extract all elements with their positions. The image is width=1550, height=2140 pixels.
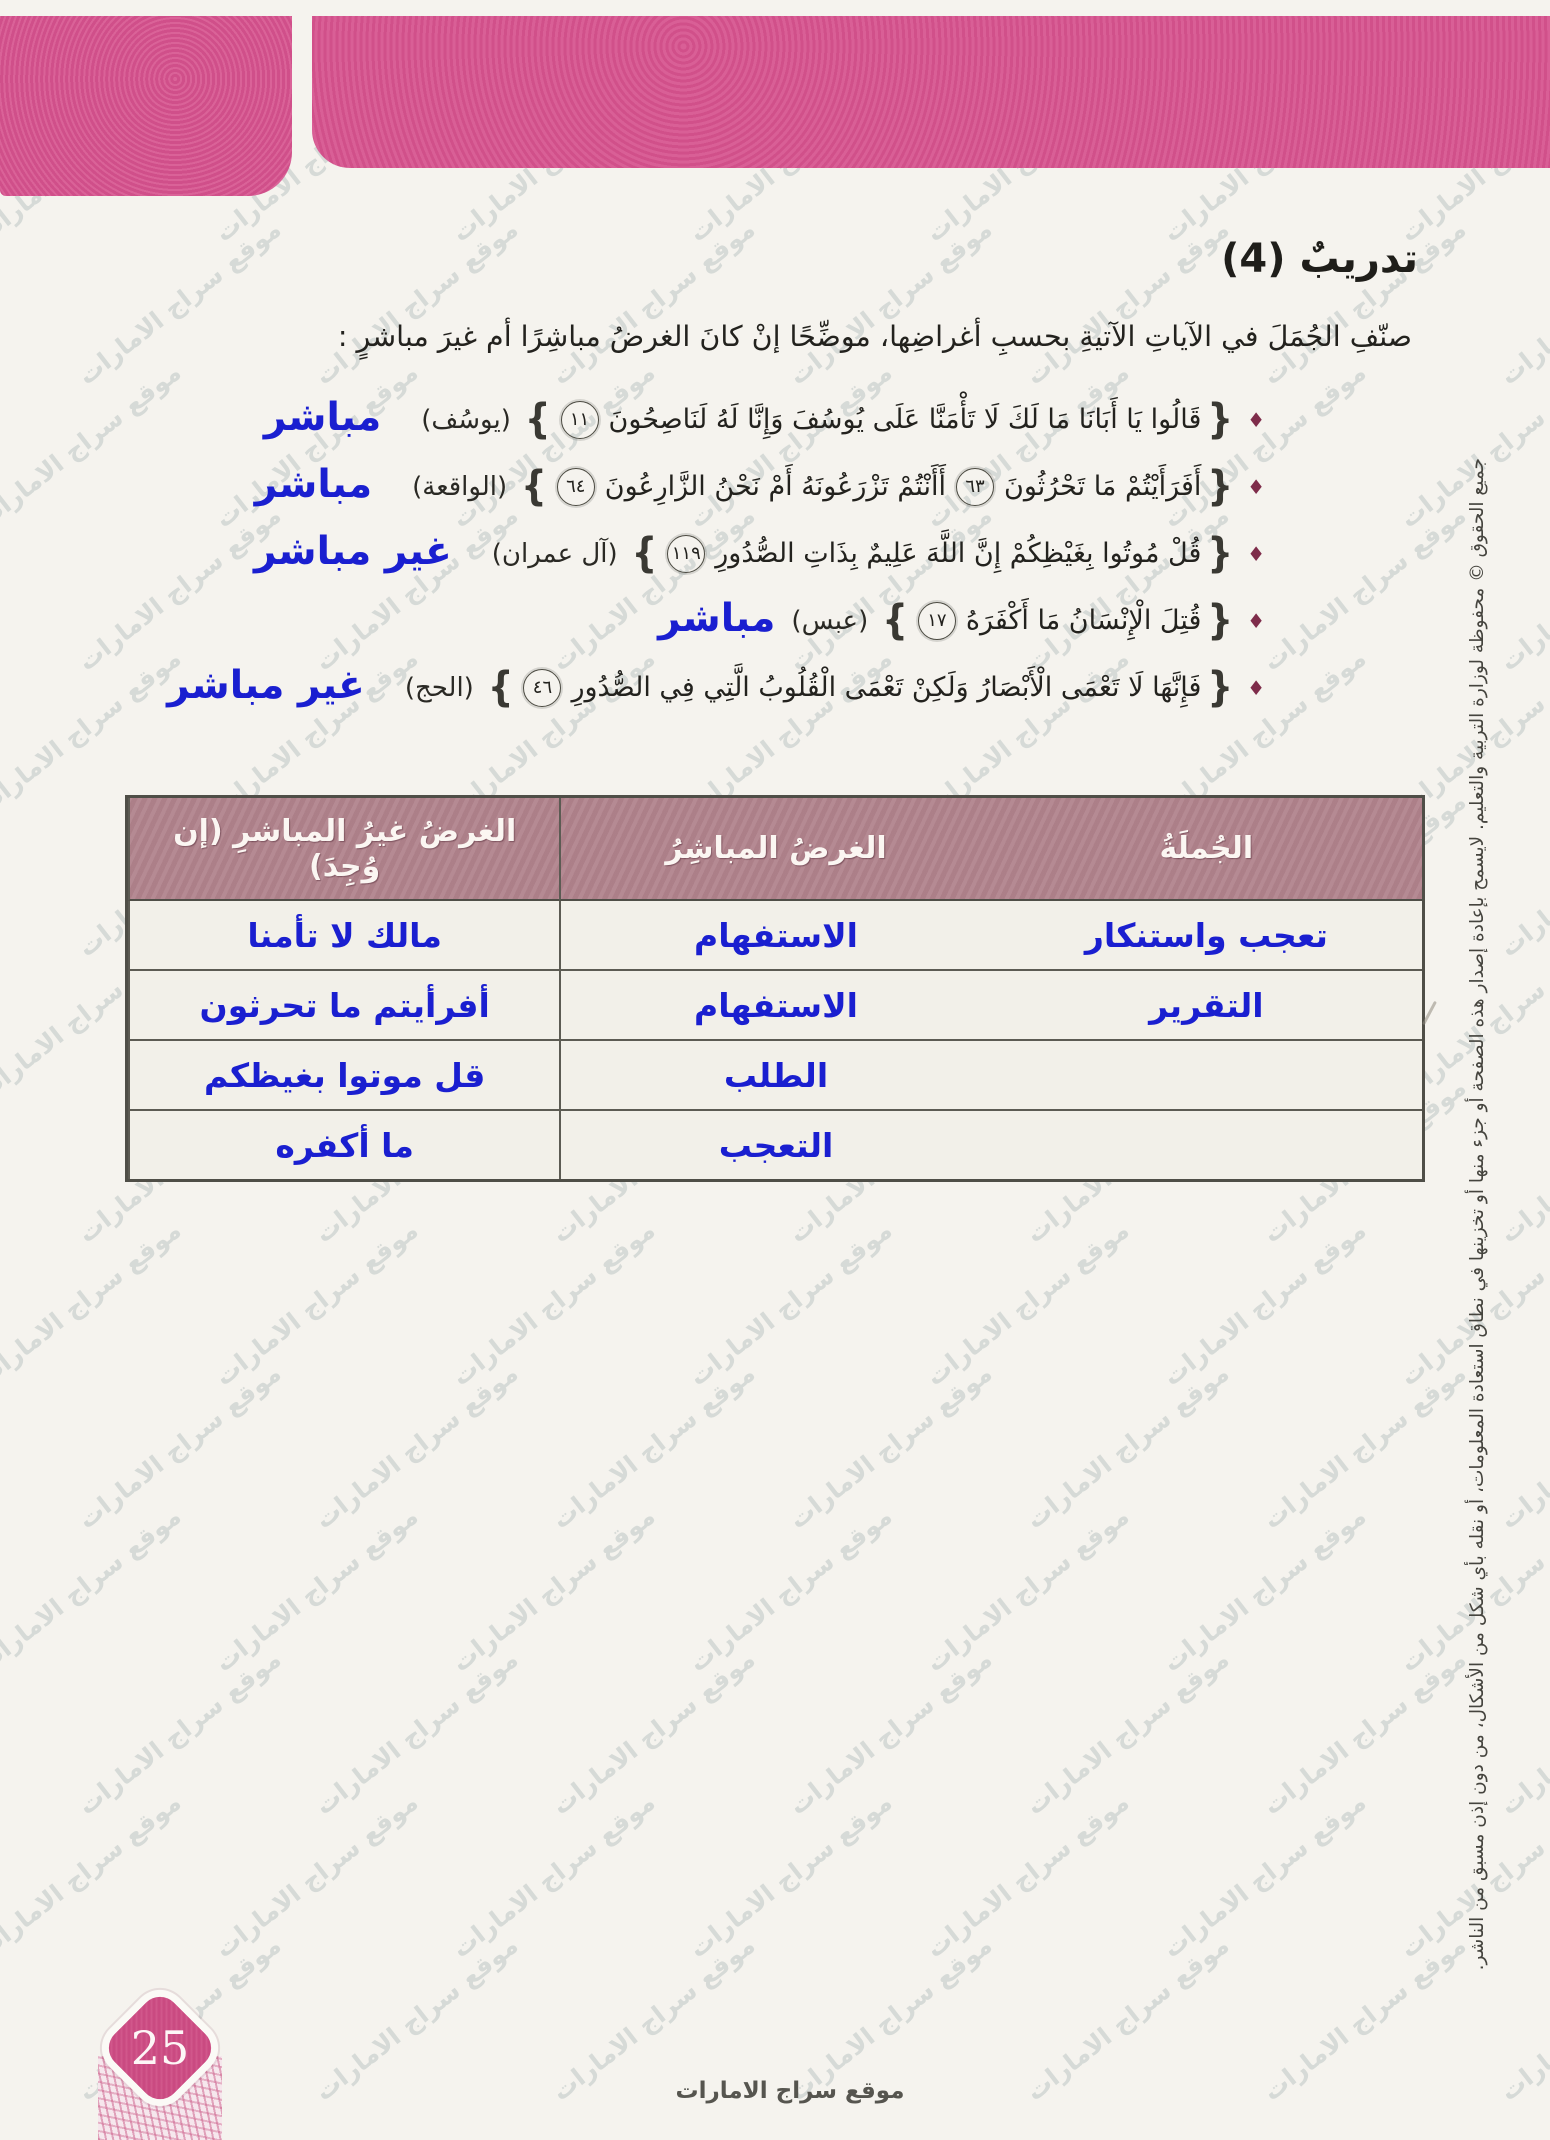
header-corner-tab <box>0 16 292 196</box>
aya-number-medallion: ١١ <box>561 401 599 439</box>
aya-number-medallion: ١١٩ <box>667 535 705 573</box>
column-header-direct-purpose: الغرضُ المباشِرُ <box>559 798 990 901</box>
watermark-text: موقع سراج الامارات <box>1020 1358 1234 1534</box>
watermark-text: موقع سراج الامارات <box>1494 1358 1550 1534</box>
page-number-badge: 25 <box>101 1989 220 2108</box>
watermark-text: موقع سراج الامارات <box>0 1787 186 1963</box>
cell-sentence: تعجب واستنكار <box>991 901 1422 969</box>
aya-number-medallion: ١٧ <box>918 602 956 640</box>
aya-number-medallion: ٦٤ <box>557 468 595 506</box>
ornate-close-bracket: } <box>882 597 908 644</box>
table-row: التقرير الاستفهام أفرأيتم ما تحرثون <box>128 969 1422 1039</box>
watermark-text: موقع سراج الامارات <box>1257 1644 1471 1820</box>
surah-name: (آل عمران) <box>492 539 618 569</box>
verses-list: ♦ { قَالُوا يَا أَبَانَا مَا لَكَ لَا تَ… <box>120 386 1265 721</box>
diamond-bullet-icon: ♦ <box>1247 611 1265 631</box>
surah-name: (الواقعة) <box>412 472 507 502</box>
page-number: 25 <box>118 2006 202 2090</box>
verse-item: ♦ { فَإِنَّهَا لَا تَعْمَى الْأَبْصَارُ … <box>120 654 1265 721</box>
exercise-instruction: صنّفِ الجُمَلَ في الآياتِ الآتيةِ بحسبِ … <box>112 312 1412 362</box>
ornate-open-bracket: { <box>1207 597 1233 644</box>
table-row: تعجب واستنكار الاستفهام مالك لا تأمنا <box>128 901 1422 969</box>
cell-sentence <box>991 1111 1422 1179</box>
table-row: التعجب ما أكفره <box>128 1109 1422 1179</box>
quran-verse: { قُلْ مُوتُوا بِغَيْظِكُمْ إِنَّ اللَّه… <box>632 533 1233 574</box>
ornate-close-bracket: } <box>525 396 551 443</box>
copyright-notice: جميع الحقوق © محفوظة لوزارة التربية والت… <box>1467 458 1495 1798</box>
watermark-text: موقع سراج الامارات <box>683 1501 897 1677</box>
handwritten-answer: مباشر <box>264 395 381 440</box>
handwritten-answer: مباشر <box>658 596 775 641</box>
verse-text: قَالُوا يَا أَبَانَا مَا لَكَ لَا تَأْمَ… <box>609 404 1202 435</box>
watermark-text: موقع سراج الامارات <box>1020 214 1234 390</box>
watermark-text: موقع سراج الامارات <box>546 1358 760 1534</box>
column-header-sentence: الجُملَةُ <box>991 798 1422 901</box>
watermark-text: موقع سراج الامارات <box>1494 1644 1550 1820</box>
cell-direct-purpose: الطلب <box>559 1041 990 1109</box>
verse-text: أَفَرَأَيْتُمْ مَا تَحْرُثُونَ <box>1004 471 1201 502</box>
diamond-bullet-icon: ♦ <box>1247 410 1265 430</box>
diamond-bullet-icon: ♦ <box>1247 544 1265 564</box>
watermark-text: موقع سراج الامارات <box>920 1501 1134 1677</box>
watermark-text: موقع سراج الامارات <box>1494 500 1550 676</box>
watermark-text: موقع سراج الامارات <box>920 1787 1134 1963</box>
watermark-text: موقع سراج الامارات <box>920 1215 1134 1391</box>
ornate-open-bracket: { <box>1207 664 1233 711</box>
surah-name: (الحج) <box>405 673 474 703</box>
ornate-open-bracket: { <box>1207 463 1233 510</box>
watermark-text: موقع سراج الامارات <box>1020 1644 1234 1820</box>
watermark-text: موقع سراج الامارات <box>1157 1501 1371 1677</box>
watermark-text: موقع سراج الامارات <box>1157 1215 1371 1391</box>
watermark-text: موقع سراج الامارات <box>546 214 760 390</box>
diamond-bullet-icon: ♦ <box>1247 477 1265 497</box>
cell-sentence: التقرير <box>991 971 1422 1039</box>
watermark-text: موقع سراج الامارات <box>446 1501 660 1677</box>
verse-text: أَأَنْتُمْ تَزْرَعُونَهُ أَمْ نَحْنُ الز… <box>605 471 946 502</box>
cell-indirect-purpose: أفرأيتم ما تحرثون <box>128 971 559 1039</box>
cell-indirect-purpose: ما أكفره <box>128 1111 559 1179</box>
cell-sentence <box>991 1041 1422 1109</box>
watermark-text: موقع سراج الامارات <box>1257 1358 1471 1534</box>
watermark-text: موقع سراج الامارات <box>1020 1930 1234 2106</box>
watermark-text: موقع سراج الامارات <box>446 1215 660 1391</box>
watermark-text: موقع سراج الامارات <box>1157 1787 1371 1963</box>
classification-table: الجُملَةُ الغرضُ المباشِرُ الغرضُ غيرُ ا… <box>125 795 1425 1182</box>
verse-text: قُلْ مُوتُوا بِغَيْظِكُمْ إِنَّ اللَّهَ … <box>715 538 1201 569</box>
watermark-text: موقع سراج الامارات <box>683 1787 897 1963</box>
handwritten-answer: مباشر <box>255 462 372 507</box>
table-row: الطلب قل موتوا بغيظكم <box>128 1039 1422 1109</box>
surah-name: (يوسُف) <box>421 405 511 435</box>
textbook-page: موقع سراج الاماراتموقع سراج الاماراتموقع… <box>0 0 1550 2140</box>
watermark-text: موقع سراج الامارات <box>209 1787 423 1963</box>
cell-indirect-purpose: مالك لا تأمنا <box>128 901 559 969</box>
cell-direct-purpose: الاستفهام <box>559 901 990 969</box>
watermark-text: موقع سراج الامارات <box>209 1215 423 1391</box>
watermark-text: موقع سراج الامارات <box>309 214 523 390</box>
watermark-text: موقع سراج الامارات <box>783 1644 997 1820</box>
watermark-text: موقع سراج الامارات <box>1257 500 1471 676</box>
watermark-text: موقع سراج الامارات <box>1494 786 1550 962</box>
verse-text: فَإِنَّهَا لَا تَعْمَى الْأَبْصَارُ وَلَ… <box>571 672 1201 703</box>
aya-number-medallion: ٦٣ <box>956 468 994 506</box>
verse-text: قُتِلَ الْإِنْسَانُ مَا أَكْفَرَهُ <box>966 605 1202 636</box>
ornate-close-bracket: } <box>521 463 547 510</box>
quran-verse: { قُتِلَ الْإِنْسَانُ مَا أَكْفَرَهُ ١٧ … <box>882 600 1233 641</box>
exercise-title: تدريبٌ (4) <box>1221 236 1418 282</box>
cell-indirect-purpose: قل موتوا بغيظكم <box>128 1041 559 1109</box>
quran-verse: { فَإِنَّهَا لَا تَعْمَى الْأَبْصَارُ وَ… <box>488 667 1233 708</box>
watermark-text: موقع سراج الامارات <box>1494 1930 1550 2106</box>
site-logo-text: موقع سراج الامارات <box>600 2078 980 2104</box>
aya-number-medallion: ٤٦ <box>523 669 561 707</box>
column-header-indirect-purpose: الغرضُ غيرُ المباشرِ (إن وُجِدَ) <box>128 798 559 901</box>
cell-direct-purpose: الاستفهام <box>559 971 990 1039</box>
verse-item: ♦ { قُتِلَ الْإِنْسَانُ مَا أَكْفَرَهُ ١… <box>120 587 1265 654</box>
ornate-close-bracket: } <box>488 664 514 711</box>
table-header-row: الجُملَةُ الغرضُ المباشِرُ الغرضُ غيرُ ا… <box>128 798 1422 901</box>
handwritten-answer: غير مباشر <box>254 529 452 574</box>
watermark-text: موقع سراج الامارات <box>72 1358 286 1534</box>
watermark-text: موقع سراج الامارات <box>0 1215 186 1391</box>
ornate-open-bracket: { <box>1207 530 1233 577</box>
watermark-text: موقع سراج الامارات <box>783 214 997 390</box>
watermark-text: موقع سراج الامارات <box>546 1644 760 1820</box>
watermark-text: موقع سراج الامارات <box>1257 1930 1471 2106</box>
watermark-text: موقع سراج الامارات <box>0 1501 186 1677</box>
watermark-text: موقع سراج الامارات <box>309 1644 523 1820</box>
verse-item: ♦ { قُلْ مُوتُوا بِغَيْظِكُمْ إِنَّ اللَ… <box>120 520 1265 587</box>
verse-item: ♦ { أَفَرَأَيْتُمْ مَا تَحْرُثُونَ ٦٣ أَ… <box>120 453 1265 520</box>
quran-verse: { قَالُوا يَا أَبَانَا مَا لَكَ لَا تَأْ… <box>525 399 1233 440</box>
watermark-text: موقع سراج الامارات <box>72 214 286 390</box>
ornate-open-bracket: { <box>1207 396 1233 443</box>
handwritten-answer: غير مباشر <box>167 663 365 708</box>
surah-name: (عبس) <box>791 606 868 636</box>
verse-item: ♦ { قَالُوا يَا أَبَانَا مَا لَكَ لَا تَ… <box>120 386 1265 453</box>
watermark-text: موقع سراج الامارات <box>683 1215 897 1391</box>
diamond-bullet-icon: ♦ <box>1247 678 1265 698</box>
watermark-text: موقع سراج الامارات <box>783 1358 997 1534</box>
cell-direct-purpose: التعجب <box>559 1111 990 1179</box>
watermark-text: موقع سراج الامارات <box>72 1644 286 1820</box>
watermark-text: موقع سراج الامارات <box>209 1501 423 1677</box>
watermark-text: موقع سراج الامارات <box>1494 214 1550 390</box>
watermark-text: موقع سراج الامارات <box>1494 1072 1550 1248</box>
quran-verse: { أَفَرَأَيْتُمْ مَا تَحْرُثُونَ ٦٣ أَأَ… <box>521 466 1233 507</box>
watermark-text: موقع سراج الامارات <box>309 1358 523 1534</box>
watermark-text: موقع سراج الامارات <box>446 1787 660 1963</box>
watermark-text: موقع سراج الامارات <box>309 1930 523 2106</box>
header-band <box>312 16 1550 168</box>
ornate-close-bracket: } <box>632 530 658 577</box>
